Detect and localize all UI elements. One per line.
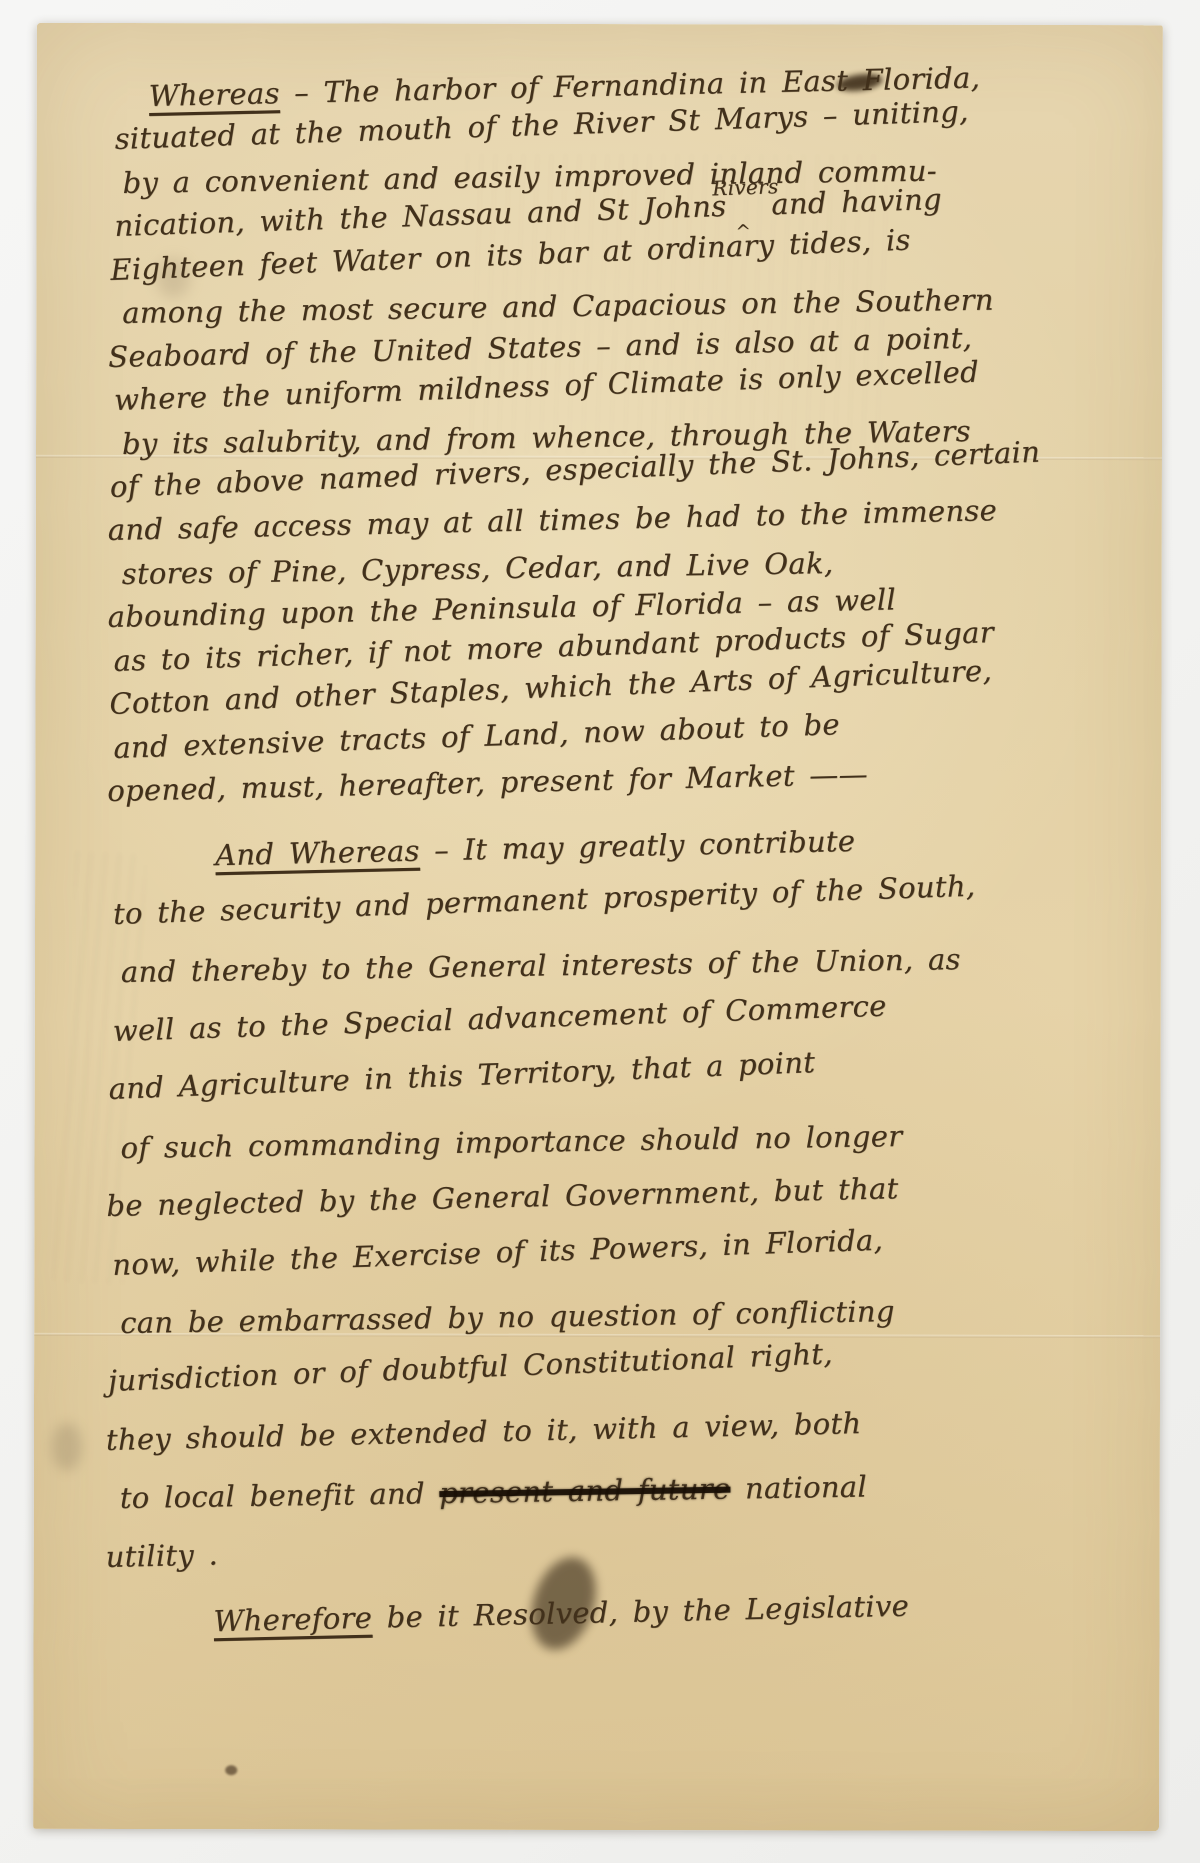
- manuscript-line: to the security and permanent prosperity…: [113, 869, 1038, 930]
- struck-through-words: present and future: [439, 1472, 731, 1510]
- line-text: stores of Pine, Cypress, Cedar, and Live…: [121, 546, 833, 591]
- line-text: well as to the Special advancement of Co…: [112, 988, 887, 1047]
- line-text: and safe access may at all times be had …: [107, 493, 997, 547]
- line-text: to local benefit and: [120, 1476, 440, 1515]
- manuscript-line: can be embarrassed by no question of con…: [120, 1294, 1036, 1339]
- line-text: national: [730, 1470, 867, 1506]
- manuscript-line: and thereby to the General interests of …: [121, 943, 1037, 988]
- underlined-word: Whereas: [148, 76, 280, 113]
- manuscript-line: well as to the Special advancement of Co…: [112, 985, 1037, 1046]
- line-text: now, while the Exercise of its Powers, i…: [112, 1222, 884, 1281]
- underlined-word: And Whereas: [215, 834, 420, 873]
- line-text: can be embarrassed by no question of con…: [120, 1294, 895, 1340]
- manuscript-line: be neglected by the General Government, …: [106, 1170, 1036, 1221]
- manuscript-line: to local benefit and present and future …: [120, 1469, 1036, 1514]
- line-text: utility .: [105, 1537, 218, 1574]
- line-text: of such commanding importance should no …: [120, 1119, 902, 1165]
- manuscript-text: Whereas – The harbor of Fernandina in Ea…: [105, 81, 1038, 1673]
- manuscript-line: Wherefore be it Resolved, by the Legisla…: [213, 1588, 1035, 1637]
- line-text: opened, must, hereafter, present for Mar…: [107, 757, 868, 808]
- manuscript-line: stores of Pine, Cypress, Cedar, and Live…: [122, 545, 1038, 590]
- manuscript-line: And Whereas – It may greatly contribute: [215, 822, 1037, 871]
- manuscript-line: utility .: [105, 1521, 1035, 1572]
- line-text: and Agriculture in this Territory, that …: [108, 1045, 816, 1106]
- line-text: be it Resolved, by the Legislative: [372, 1589, 910, 1635]
- paragraph-whereas: Whereas – The harbor of Fernandina in Ea…: [107, 81, 1039, 808]
- underlined-word: Wherefore: [213, 1601, 372, 1639]
- stain: [52, 1423, 82, 1471]
- inserted-word: Rivers: [712, 177, 779, 200]
- manuscript-line: jurisdiction or of doubtful Constitution…: [107, 1331, 1035, 1397]
- line-text: – It may greatly contribute: [419, 824, 855, 868]
- manuscript-paper: Whereas – The harbor of Fernandina in Ea…: [33, 23, 1163, 1831]
- line-text: they should be extended to it, with a vi…: [106, 1406, 862, 1457]
- line-text: and having: [756, 182, 942, 222]
- manuscript-line: and Agriculture in this Territory, that …: [108, 1039, 1036, 1105]
- manuscript-line: of such commanding importance should no …: [120, 1119, 1036, 1164]
- paragraph-wherefore: Wherefore be it Resolved, by the Legisla…: [106, 1606, 1036, 1638]
- line-text: and thereby to the General interests of …: [121, 942, 961, 989]
- ink-dot: [225, 1765, 237, 1775]
- interlinear-insertion: Rivers^: [741, 215, 757, 216]
- line-text: be neglected by the General Government, …: [106, 1171, 899, 1223]
- manuscript-line: and safe access may at all times be had …: [107, 495, 1037, 546]
- manuscript-line: they should be extended to it, with a vi…: [106, 1404, 1036, 1455]
- paragraph-and-whereas: And Whereas – It may greatly contribute …: [106, 840, 1038, 1574]
- line-text: to the security and permanent prosperity…: [112, 869, 975, 931]
- manuscript-line: now, while the Exercise of its Powers, i…: [112, 1219, 1037, 1280]
- line-text: jurisdiction or of doubtful Constitution…: [107, 1337, 833, 1399]
- manuscript-line: opened, must, hereafter, present for Mar…: [107, 755, 1037, 806]
